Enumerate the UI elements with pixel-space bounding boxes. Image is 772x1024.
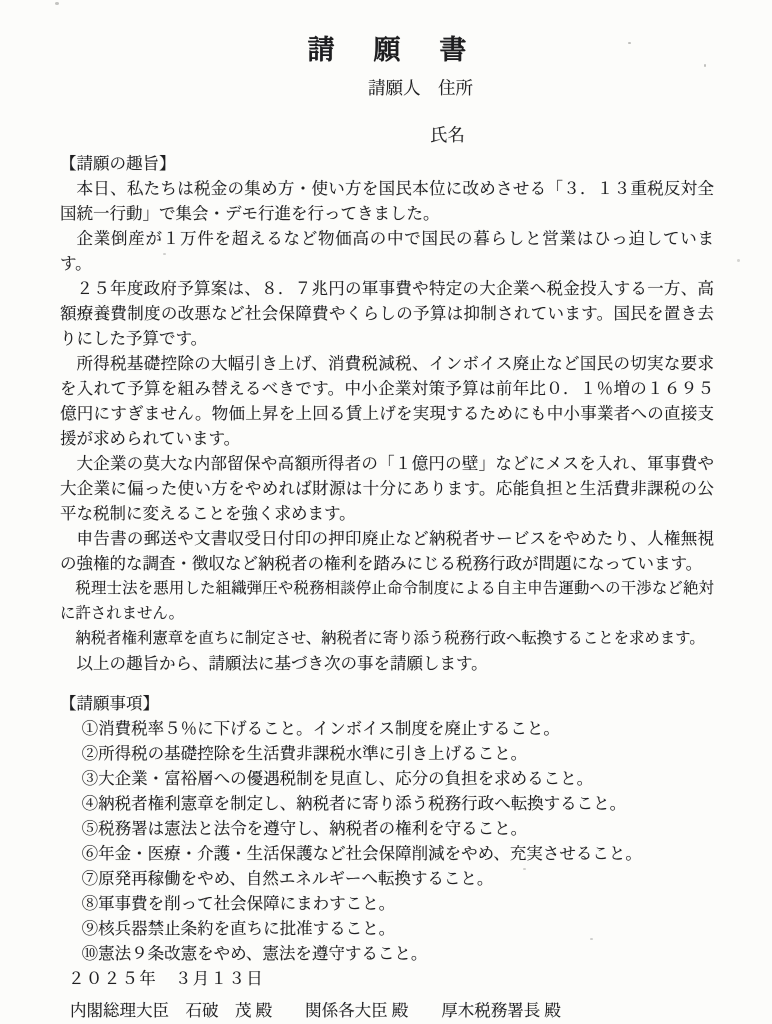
petition-item: ⑨核兵器禁止条約を直ちに批准すること。 <box>82 916 714 941</box>
purpose-paragraph: 大企業の莫大な内部留保や高額所得者の「１億円の壁」などにメスを入れ、軍事費や大企… <box>60 451 714 526</box>
addressees-line: 内閣総理大臣 石破 茂 殿 関係各大臣 殿 厚木税務署長 殿 <box>70 998 714 1023</box>
petition-items-list: ①消費税率５％に下げること。インボイス制度を廃止すること。 ②所得税の基礎控除を… <box>60 716 714 966</box>
purpose-paragraph: 企業倒産が１万件を超えるなど物価高の中で国民の暮らしと営業はひっ迫しています。 <box>60 226 714 276</box>
scan-speck <box>704 64 706 67</box>
scan-speck <box>590 938 593 940</box>
purpose-paragraph: 本日、私たちは税金の集め方・使い方を国民本位に改めさせる「３．１３重税反対全国統… <box>60 176 714 226</box>
purpose-paragraph: 申告書の郵送や文書収受日付印の押印廃止など納税者サービスをやめたり、人権無視の強… <box>60 526 714 576</box>
purpose-paragraph: 以上の趣旨から、請願法に基づき次の事を請願します。 <box>60 651 714 676</box>
petition-item: ③大企業・富裕層への優遇税制を見直し、応分の負担を求めること。 <box>82 766 714 791</box>
petition-item: ⑩憲法９条改憲をやめ、憲法を遵守すること。 <box>82 941 714 966</box>
petition-item: ⑥年金・医療・介護・生活保護など社会保障削減をやめ、充実させること。 <box>82 841 714 866</box>
scan-speck <box>523 868 526 870</box>
petition-date: ２０２５年 ３月１３日 <box>68 966 714 991</box>
scan-speck <box>737 259 740 262</box>
petition-item: ⑤税務署は憲法と法令を遵守し、納税者の権利を守ること。 <box>82 816 714 841</box>
scan-speck <box>163 253 166 255</box>
purpose-paragraph: 納税者権利憲章を直ちに制定させ、納税者に寄り添う税務行政へ転換することを求めます… <box>60 626 714 651</box>
purpose-paragraph: 所得税基礎控除の大幅引き上げ、消費税減税、インボイス廃止など国民の切実な要求を入… <box>60 351 714 451</box>
purpose-body: 本日、私たちは税金の集め方・使い方を国民本位に改めさせる「３．１３重税反対全国統… <box>60 176 714 676</box>
petition-item: ④納税者権利憲章を制定し、納税者に寄り添う税務行政へ転換すること。 <box>82 791 714 816</box>
petitioner-address-label: 請願人 住所 <box>368 78 714 98</box>
purpose-paragraph: ２５年度政府予算案は、８．７兆円の軍事費や特定の大企業へ税金投入する一方、高額療… <box>60 276 714 351</box>
document-title: 請 願 書 <box>60 34 714 66</box>
petition-item: ⑦原発再稼働をやめ、自然エネルギーへ転換すること。 <box>82 866 714 891</box>
scan-speck <box>628 42 631 44</box>
document-footer: ２０２５年 ３月１３日 内閣総理大臣 石破 茂 殿 関係各大臣 殿 厚木税務署長… <box>60 966 714 1023</box>
items-heading: 【請願事項】 <box>60 691 714 716</box>
petition-item: ①消費税率５％に下げること。インボイス制度を廃止すること。 <box>82 716 714 741</box>
scan-speck <box>55 2 59 5</box>
petition-item: ⑧軍事費を削って社会保障にまわすこと。 <box>82 891 714 916</box>
petition-document: 請 願 書 請願人 住所 氏名 【請願の趣旨】 本日、私たちは税金の集め方・使い… <box>0 0 772 1024</box>
petitioner-name-label: 氏名 <box>430 125 714 145</box>
document-header: 請 願 書 請願人 住所 氏名 <box>60 34 714 145</box>
purpose-section: 【請願の趣旨】 本日、私たちは税金の集め方・使い方を国民本位に改めさせる「３．１… <box>60 151 714 676</box>
petition-item: ②所得税の基礎控除を生活費非課税水準に引き上げること。 <box>82 741 714 766</box>
purpose-paragraph: 税理士法を悪用した組織弾圧や税務相談停止命令制度による自主申告運動への干渉など絶… <box>60 576 714 626</box>
items-section: 【請願事項】 ①消費税率５％に下げること。インボイス制度を廃止すること。 ②所得… <box>60 691 714 966</box>
purpose-heading: 【請願の趣旨】 <box>60 151 714 176</box>
